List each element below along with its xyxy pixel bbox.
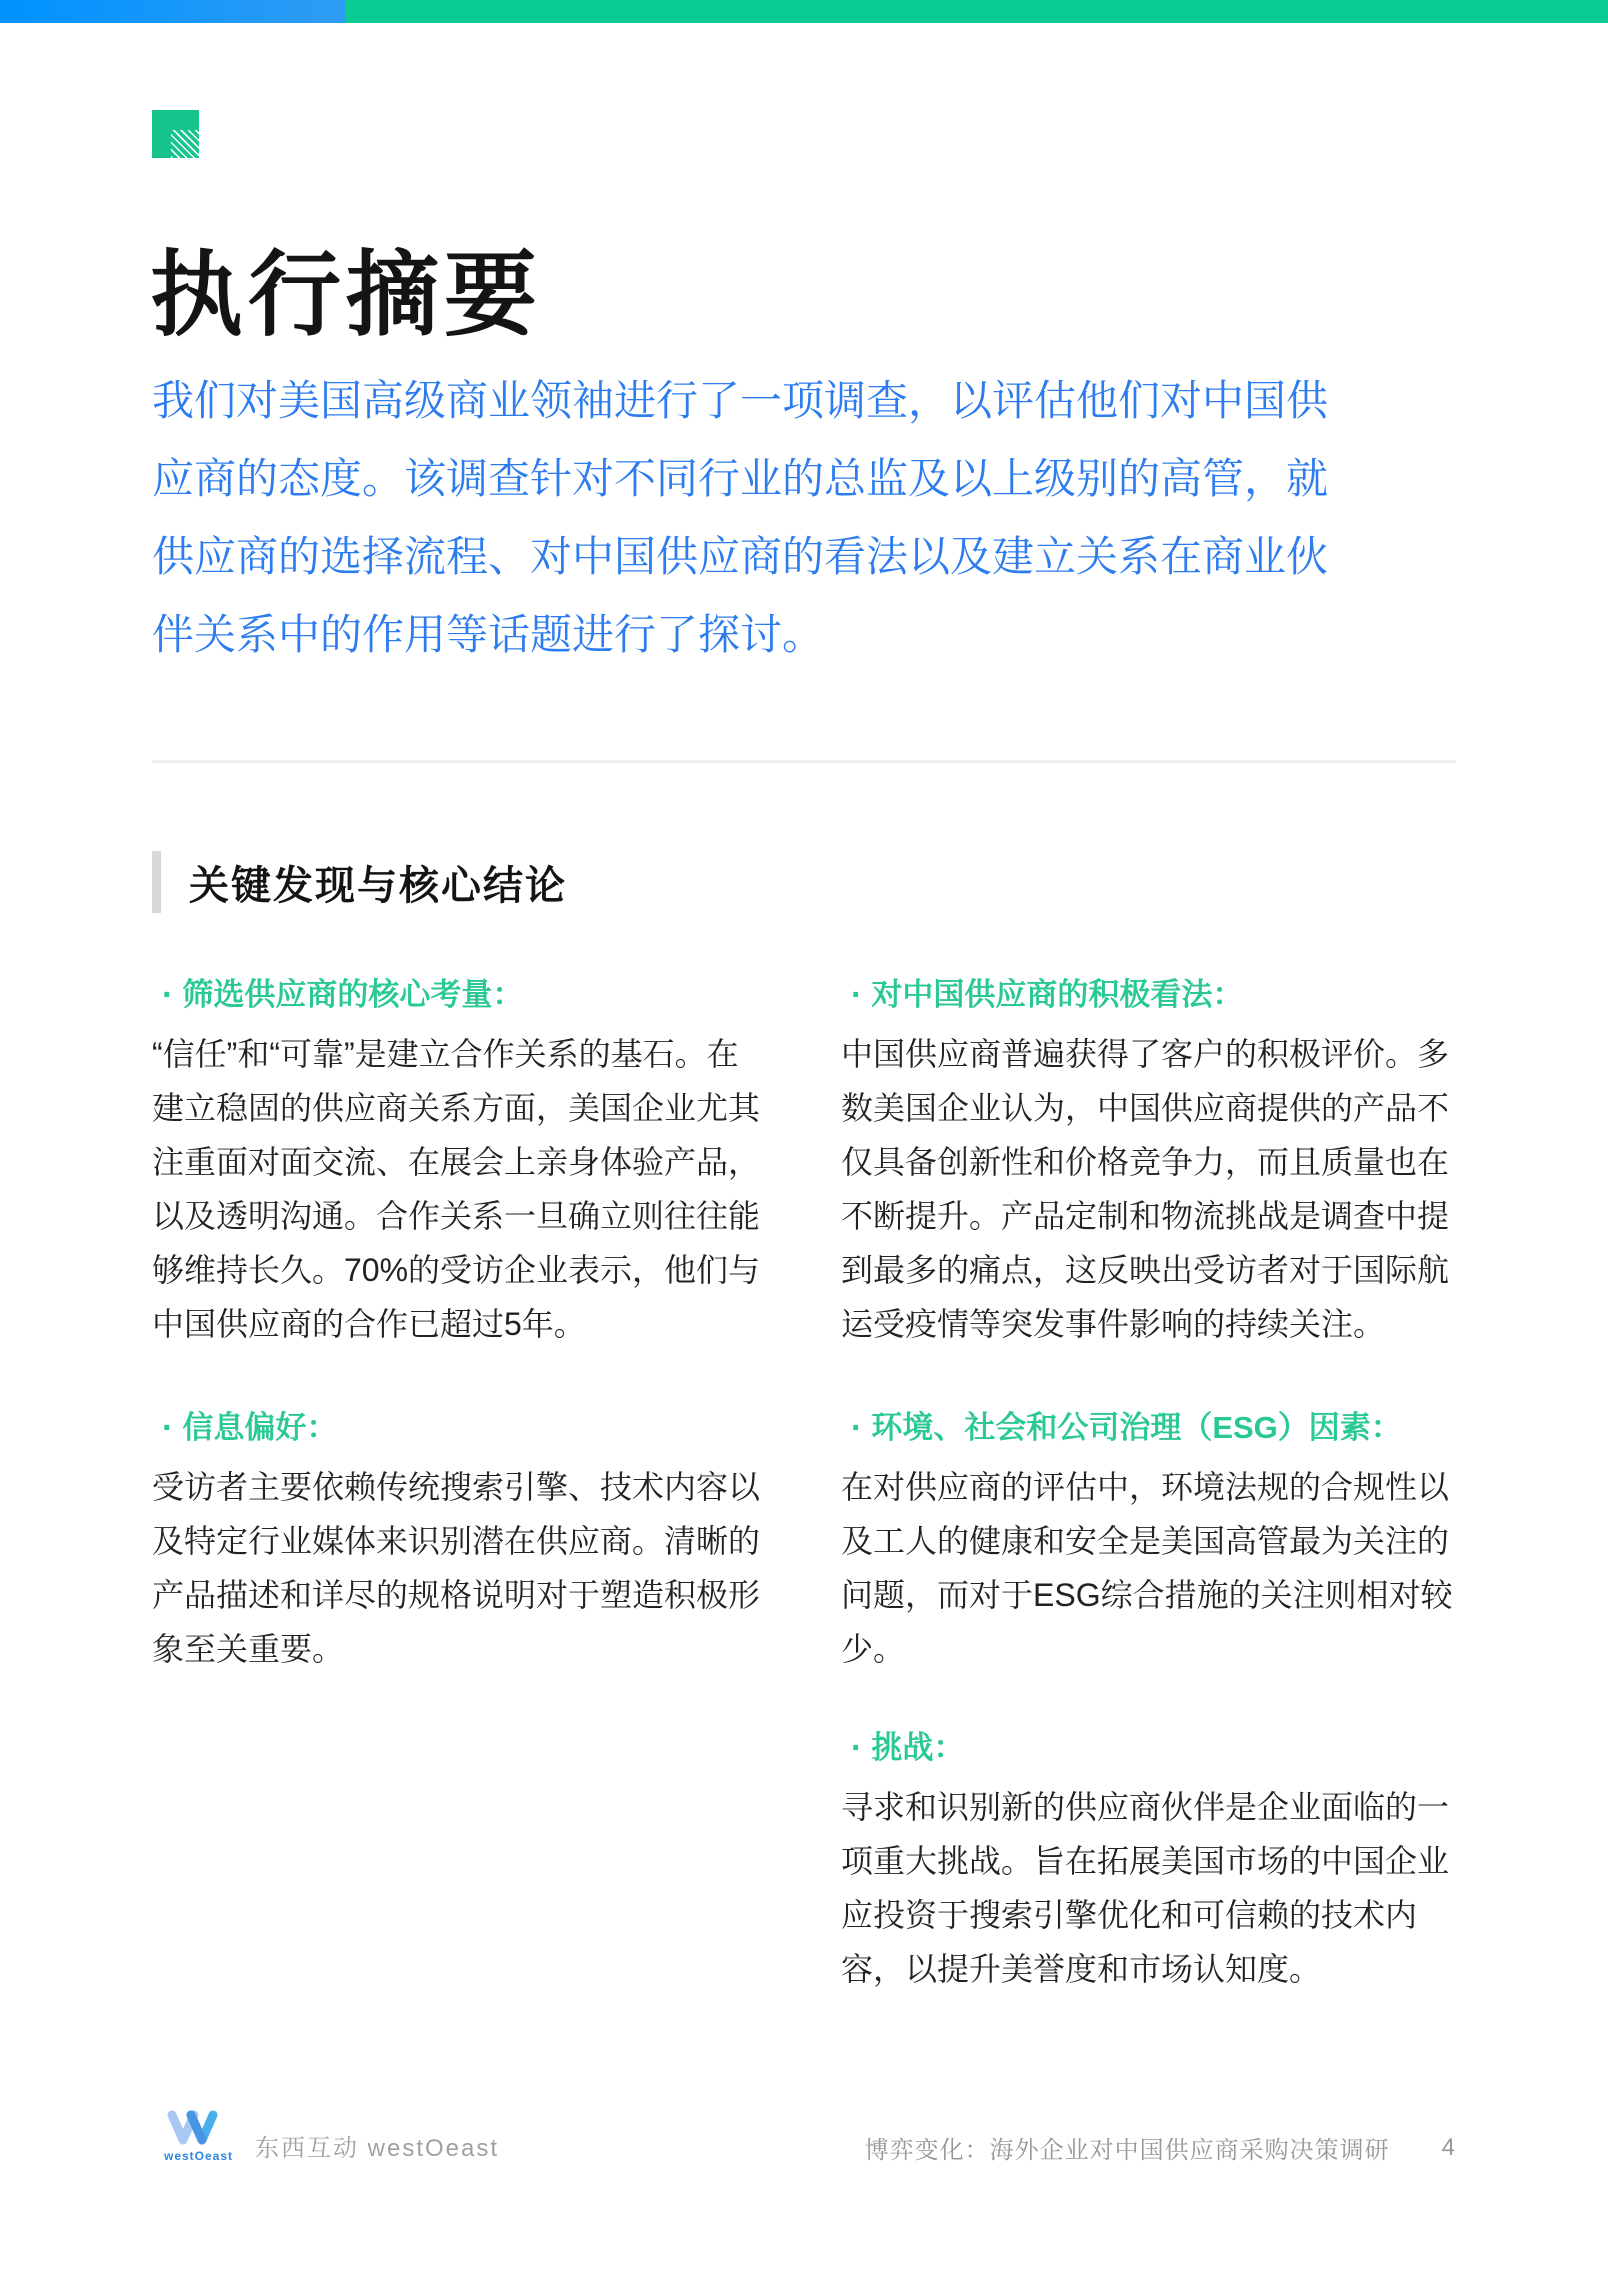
finding-header: · 环境、社会和公司治理（ESG）因素： [841, 1405, 1459, 1451]
finding-block-positive-views: · 对中国供应商的积极看法： 中国供应商普遍获得了客户的积极评价。多数美国企业认… [841, 972, 1459, 1351]
footer-right: 博弈变化：海外企业对中国供应商采购决策调研 4 [865, 2130, 1456, 2165]
footer-brand-text: 东西互动 westOeast [255, 2128, 499, 2163]
finding-body: 中国供应商普遍获得了客户的积极评价。多数美国企业认为，中国供应商提供的产品不仅具… [841, 1027, 1459, 1351]
finding-label: 挑战： [871, 1725, 964, 1771]
finding-block-challenges: · 挑战： 寻求和识别新的供应商伙伴是企业面临的一项重大挑战。旨在拓展美国市场的… [841, 1725, 1459, 1996]
report-page: 执行摘要 我们对美国高级商业领袖进行了一项调查，以评估他们对中国供应商的态度。该… [0, 0, 1608, 2277]
bullet-dot-icon: · [851, 978, 862, 1012]
chapter-square-icon [152, 110, 199, 158]
westoeast-logo-icon [166, 2110, 220, 2146]
finding-label: 对中国供应商的积极看法： [871, 972, 1243, 1018]
westoeast-logo-text: westOeast [164, 2149, 222, 2163]
top-accent-bar [0, 0, 1608, 23]
footer-page-number: 4 [1442, 2134, 1456, 2162]
heading-accent-bar [152, 851, 161, 913]
top-bar-green-segment [345, 0, 1608, 23]
finding-label: 信息偏好： [182, 1405, 337, 1451]
section-divider [152, 760, 1456, 763]
page-title: 执行摘要 [150, 220, 542, 354]
bullet-dot-icon: · [162, 1411, 173, 1445]
finding-label: 环境、社会和公司治理（ESG）因素： [871, 1405, 1401, 1451]
bullet-dot-icon: · [162, 978, 173, 1012]
finding-header: · 筛选供应商的核心考量： [152, 972, 770, 1018]
finding-header: · 信息偏好： [152, 1405, 770, 1451]
section-title: 关键发现与核心结论 [189, 854, 567, 911]
finding-block-screening: · 筛选供应商的核心考量： “信任”和“可靠”是建立合作关系的基石。在建立稳固的… [152, 972, 770, 1351]
finding-block-information-preference: · 信息偏好： 受访者主要依赖传统搜索引擎、技术内容以及特定行业媒体来识别潜在供… [152, 1405, 770, 1676]
finding-body: 受访者主要依赖传统搜索引擎、技术内容以及特定行业媒体来识别潜在供应商。清晰的产品… [152, 1460, 770, 1676]
section-heading: 关键发现与核心结论 [152, 851, 567, 913]
finding-header: · 对中国供应商的积极看法： [841, 972, 1459, 1018]
bullet-dot-icon: · [851, 1411, 862, 1445]
finding-header: · 挑战： [841, 1725, 1459, 1771]
finding-body: “信任”和“可靠”是建立合作关系的基石。在建立稳固的供应商关系方面，美国企业尤其… [152, 1027, 770, 1351]
finding-body: 寻求和识别新的供应商伙伴是企业面临的一项重大挑战。旨在拓展美国市场的中国企业应投… [841, 1780, 1459, 1996]
diagonal-stripes-decoration [171, 130, 199, 158]
intro-paragraph: 我们对美国高级商业领袖进行了一项调查，以评估他们对中国供应商的态度。该调查针对不… [152, 362, 1348, 674]
finding-body: 在对供应商的评估中，环境法规的合规性以及工人的健康和安全是美国高管最为关注的问题… [841, 1460, 1459, 1676]
finding-block-esg-factors: · 环境、社会和公司治理（ESG）因素： 在对供应商的评估中，环境法规的合规性以… [841, 1405, 1459, 1676]
footer-doc-title: 博弈变化：海外企业对中国供应商采购决策调研 [865, 2130, 1390, 2165]
bullet-dot-icon: · [851, 1731, 862, 1765]
finding-label: 筛选供应商的核心考量： [182, 972, 523, 1018]
westoeast-logo: westOeast [164, 2110, 222, 2163]
top-bar-blue-segment [0, 0, 345, 23]
